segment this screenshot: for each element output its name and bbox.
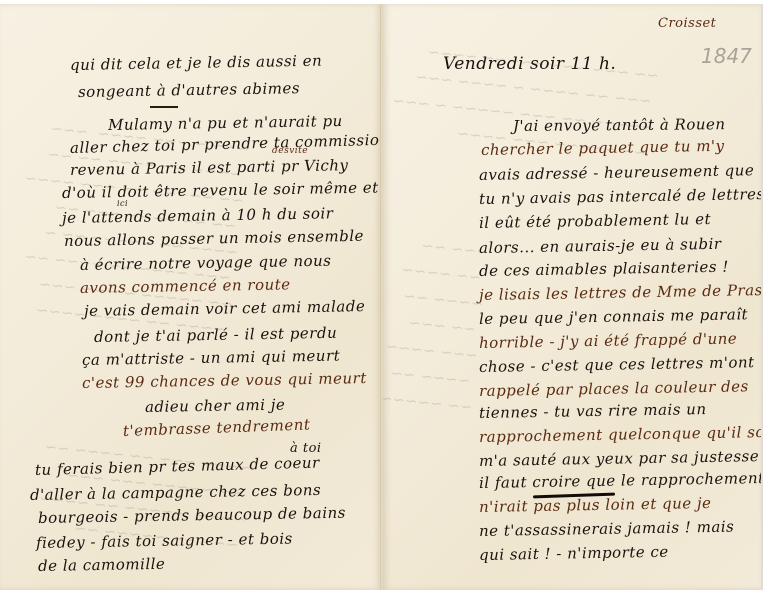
left-page: ~~~ ~ ~~~ ~~~~ ~~~ ~~~~ ~ ~~~~~ ~~ ~~ ~~… [0,4,381,590]
letter-line: qui sait ! - n'importe ce [479,543,669,564]
letter-line: d'où il doit être revenu le soir même et [62,178,379,202]
letter-line: tu n'y avais pas intercalé de lettres [479,185,761,208]
letter-line: revenu à Paris il est parti pr Vichy [70,156,349,179]
right-page: ~~ ~~~ ~~~ ~~~~~ ~~~~ ~~~ ~~ ~~~~ ~ ~~~~… [383,4,761,590]
letter-line: Mulamy n'a pu et n'aurait pu [108,112,343,134]
letter-line: songeant à d'autres abimes [78,79,300,101]
interlinear-note: ici [117,199,128,208]
letter-line: rappelé par places la couleur des [479,377,749,400]
letter-line: il eût été probablement lu et [479,210,711,232]
letter-line: chercher le paquet que tu m'y [481,137,725,159]
letter-line: c'est 99 chances de vous qui meurt [82,369,367,392]
letter-spread: ~~~ ~ ~~~ ~~~~ ~~~ ~~~~ ~ ~~~~~ ~~ ~~ ~~… [0,0,768,595]
letter-line: J'ai envoyé tantôt à Rouen [513,115,726,135]
letter-line: nous allons passer un mois ensemble [64,227,364,250]
letter-line: de la camomille [38,555,166,575]
interlinear-note: desvite [272,146,308,156]
letter-line: je vais demain voir cet ami malade [84,297,366,320]
letter-line: dont je t'ai parlé - il est perdu [94,324,337,346]
letter-line: d'aller à la campagne chez ces bons [30,481,321,504]
letter-line: je l'attends demain à 10 h du soir [62,204,334,227]
letter-line: à écrire notre voyage que nous [80,252,332,274]
letter-line: il faut croire que le rapprochement [479,469,761,492]
letter-line: horrible - j'y ai été frappé d'une [479,329,738,352]
letter-line: tu ferais bien pr tes maux de coeur [35,454,320,479]
letter-line: aller chez toi pr prendre ta commission [70,131,381,157]
letter-line: chose - c'est que ces lettres m'ont [479,353,755,376]
letter-line: qui dit cela et je le dis aussi en [70,52,322,74]
letter-line: avais adressé - heureusement que [479,161,755,184]
letter-line: adieu cher ami je [145,396,286,416]
show-through-text: ~~~ ~~ ~~ ~~~~ ~~~~ ~~ ~~ ~~~ ~~~ ~~~~ ~… [383,230,490,421]
place-note: Croisset [658,16,716,31]
letter-line: t'embrasse tendrement [123,415,311,440]
divider-stroke [150,106,178,108]
letter-line: tiennes - tu vas rire mais un [479,400,707,422]
letter-line: ça m'attriste - un ami qui meurt [82,346,341,369]
letter-line: ne t'assassinerais jamais ! mais [479,518,735,540]
letter-line: avons commencé en route [80,275,291,297]
letter-line: rapprochement quelconque qu'il soit [479,423,761,446]
letter-line: de ces aimables plaisanteries ! [479,258,729,280]
letter-line: alors... en aurais-je eu à subir [479,235,722,257]
letter-line: bourgeois - prends beaucoup de bains [38,504,346,527]
letter-heading: Vendredi soir 11 h. [443,54,616,74]
letter-line: je lisais les lettres de Mme de Praslin [479,281,761,304]
letter-line: fiedey - fais toi saigner - et bois [36,530,293,552]
letter-line: n'irait pas plus loin et que je [479,494,712,516]
date-pencil-note: 1847 [701,44,752,68]
letter-line: le peu que j'en connais me paraît [479,305,748,328]
letter-line: m'a sauté aux yeux par sa justesse [479,447,759,470]
